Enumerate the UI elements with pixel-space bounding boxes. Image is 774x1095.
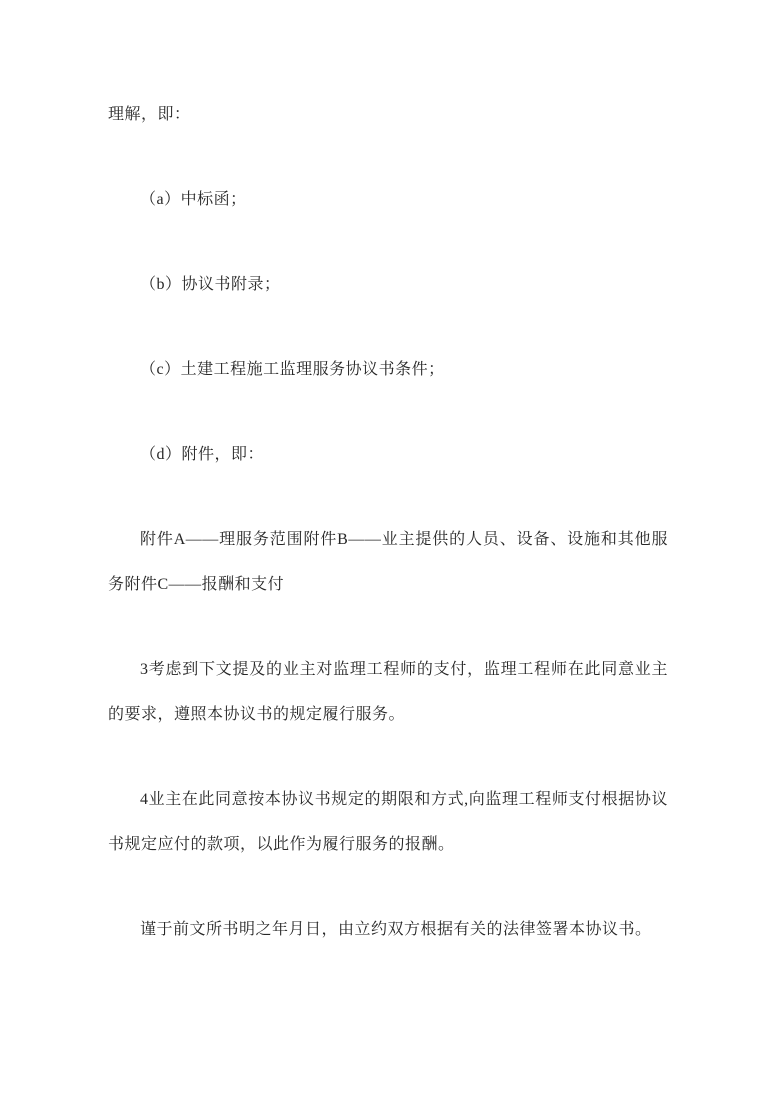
paragraph-continuation: 理解，即： [108, 92, 668, 137]
paragraph-clause-3: 3考虑到下文提及的业主对监理工程师的支付，监理工程师在此同意业主的要求，遵照本协… [108, 647, 668, 737]
document-page: 理解，即： （a）中标函； （b）协议书附录； （c）土建工程施工监理服务协议书… [0, 0, 774, 1095]
list-item-d: （d）附件，即： [108, 432, 668, 477]
list-item-b: （b）协议书附录； [108, 262, 668, 307]
list-item-a: （a）中标函； [108, 177, 668, 222]
paragraph-attachments: 附件A——理服务范围附件B——业主提供的人员、设备、设施和其他服务附件C——报酬… [108, 517, 668, 607]
paragraph-closing: 谨于前文所书明之年月日，由立约双方根据有关的法律签署本协议书。 [108, 907, 668, 952]
paragraph-clause-4: 4业主在此同意按本协议书规定的期限和方式,向监理工程师支付根据协议书规定应付的款… [108, 777, 668, 867]
list-item-c: （c）土建工程施工监理服务协议书条件； [108, 347, 668, 392]
